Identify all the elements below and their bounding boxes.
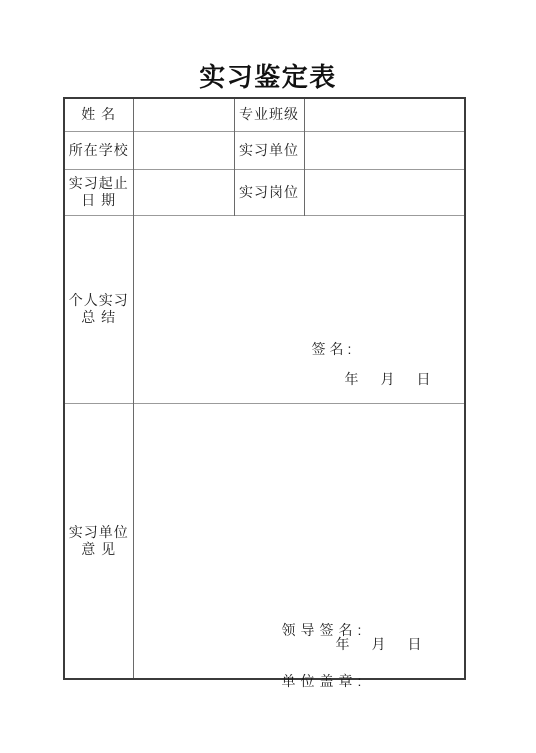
major-class-field[interactable] — [304, 98, 465, 131]
personal-summary-label: 个人实习 总 结 — [64, 215, 133, 403]
internship-position-label: 实习岗位 — [234, 169, 304, 215]
table-row: 实习单位 意 见 领导签名: 单位盖章: 年 月 日 — [64, 403, 465, 679]
internship-period-label: 实习起止 日 期 — [64, 169, 133, 215]
table-row: 姓 名 专业班级 — [64, 98, 465, 131]
internship-unit-label: 实习单位 — [234, 131, 304, 169]
internship-position-field[interactable] — [304, 169, 465, 215]
internship-unit-field[interactable] — [304, 131, 465, 169]
opinion-signature-block: 领导签名: 单位盖章: — [282, 588, 389, 724]
table-row: 所在学校 实习单位 — [64, 131, 465, 169]
unit-seal-label: 单位盖章: — [282, 673, 389, 690]
summary-date-line: 年 月 日 — [345, 369, 435, 389]
appraisal-table: 姓 名 专业班级 所在学校 实习单位 实习起止 日 期 实习岗位 个人实习 总 … — [63, 97, 466, 680]
signature-label: 签名: — [312, 339, 356, 359]
name-field[interactable] — [133, 98, 234, 131]
internship-period-field[interactable] — [133, 169, 234, 215]
unit-opinion-field[interactable]: 领导签名: 单位盖章: 年 月 日 — [133, 403, 465, 679]
table-row: 实习起止 日 期 实习岗位 — [64, 169, 465, 215]
table-row: 个人实习 总 结 签名: 年 月 日 — [64, 215, 465, 403]
school-field[interactable] — [133, 131, 234, 169]
opinion-date-line: 年 月 日 — [336, 634, 426, 654]
name-label: 姓 名 — [64, 98, 133, 131]
major-class-label: 专业班级 — [234, 98, 304, 131]
unit-opinion-label: 实习单位 意 见 — [64, 403, 133, 679]
school-label: 所在学校 — [64, 131, 133, 169]
document-page: 实习鉴定表 姓 名 专业班级 所在学校 实习单位 实习起止 日 期 — [0, 0, 536, 753]
personal-summary-field[interactable]: 签名: 年 月 日 — [133, 215, 465, 403]
page-title: 实习鉴定表 — [0, 63, 536, 93]
